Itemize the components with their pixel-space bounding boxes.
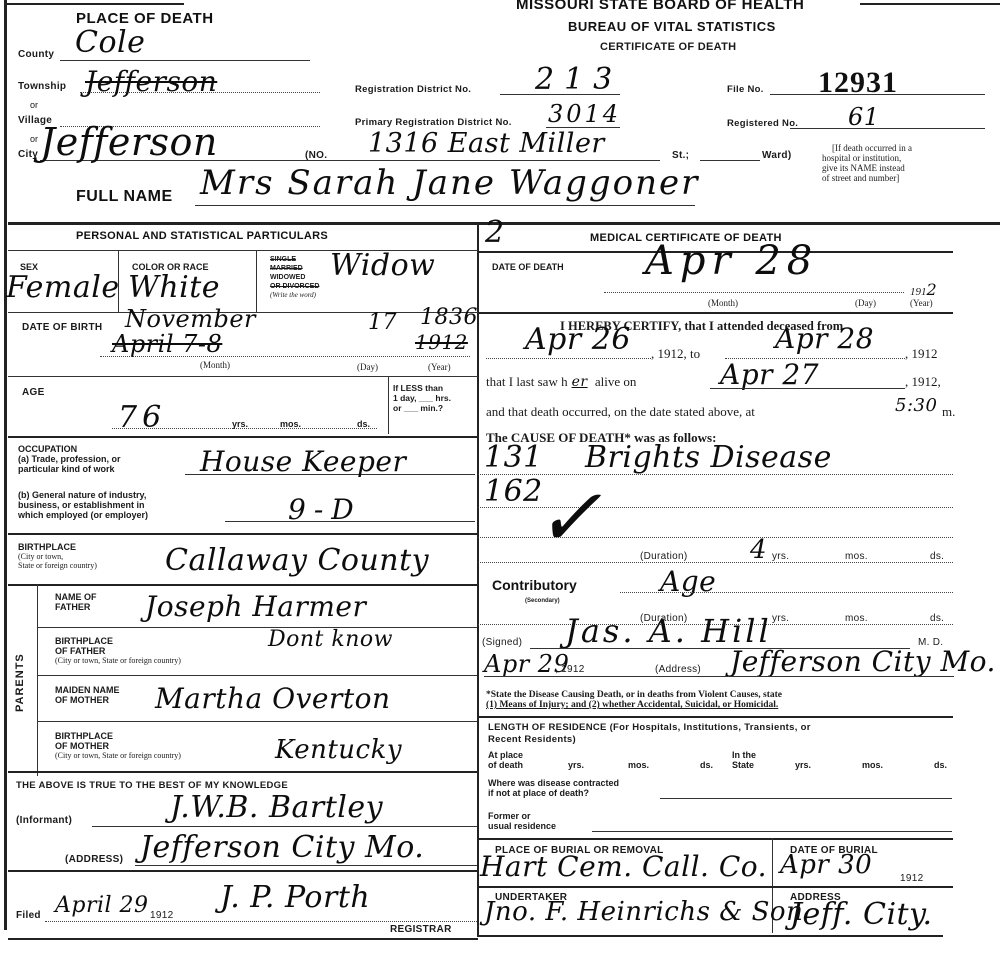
- attend-to: Apr 28: [775, 322, 874, 355]
- death-time-suffix: m.: [942, 404, 955, 420]
- undertaker-address-value: Jeff. City.: [790, 897, 933, 932]
- age-label: AGE: [22, 387, 45, 398]
- undertaker-value: Jno. F. Heinrichs & Son: [484, 897, 803, 927]
- or-label-2: or: [30, 134, 38, 144]
- in-state-mos: mos.: [862, 760, 883, 770]
- city-label: City: [18, 149, 38, 160]
- contributory-label: Contributory: [492, 577, 577, 593]
- age-less-divider: [388, 376, 389, 434]
- duration-mos-2: mos.: [845, 613, 868, 624]
- former-residence-line: [592, 831, 952, 832]
- dod-line: [604, 292, 904, 293]
- registrar-signature: J. P. Porth: [220, 880, 370, 915]
- duration-line-1: [478, 562, 953, 563]
- filed-label: Filed: [16, 910, 41, 921]
- dod-value: Apr 28: [645, 238, 818, 284]
- birthplace-label: BIRTHPLACE (City or town, State or forei…: [18, 542, 97, 570]
- informant-address-value: Jefferson City Mo.: [140, 830, 424, 865]
- bureau-title: BUREAU OF VITAL STATISTICS: [568, 19, 776, 34]
- in-state-ds: ds.: [934, 760, 947, 770]
- year-caption: (Year): [428, 362, 451, 372]
- informant-line: [92, 826, 477, 827]
- mother-birthplace-value: Kentucky: [275, 735, 402, 765]
- occupation-a-label: OCCUPATION (a) Trade, profession, or par…: [18, 444, 121, 474]
- parents-bottom: [8, 771, 478, 773]
- father-name-label: NAME OF FATHER: [55, 592, 97, 612]
- age-yrs: yrs.: [232, 419, 248, 429]
- race-value: White: [128, 270, 220, 305]
- duration-label-1: (Duration): [640, 551, 687, 562]
- burial-date-value: Apr 30: [780, 850, 872, 880]
- last-saw-pronoun: er: [568, 374, 592, 390]
- father-name-bottom: [37, 627, 477, 628]
- marital-value: Widow: [330, 248, 435, 283]
- duration-ds-1: ds.: [930, 551, 944, 562]
- death-time-value: 5:30: [895, 395, 937, 416]
- at-place-ds: ds.: [700, 760, 713, 770]
- birthplace-bottom: [8, 584, 478, 586]
- registration-district-label: Registration District No.: [355, 84, 471, 95]
- physician-address-line: [484, 676, 954, 677]
- at-place-label: At place of death: [488, 750, 523, 770]
- registered-line: [790, 128, 985, 129]
- occupation-b-label: (b) General nature of industry, business…: [18, 490, 148, 520]
- age-mos: mos.: [280, 419, 301, 429]
- cause-line-3: [478, 537, 953, 538]
- footnote-bottom: [478, 716, 953, 718]
- mother-birthplace-label: BIRTHPLACE OF MOTHER (City or town, Stat…: [55, 731, 181, 760]
- contributory-line: [620, 592, 953, 593]
- age-value: 76: [118, 400, 166, 435]
- contracted-label: Where was disease contracted if not at p…: [488, 778, 619, 798]
- registered-no-value: 61: [848, 103, 880, 131]
- county-line: [60, 60, 310, 61]
- dod-month-caption: (Month): [708, 298, 738, 308]
- residence-title: LENGTH OF RESIDENCE (For Hospitals, Inst…: [488, 722, 811, 733]
- dob-line: [100, 356, 470, 357]
- full-name-label: FULL NAME: [76, 188, 173, 206]
- father-birthplace-value: Dont know: [268, 627, 393, 652]
- dob-year-struck: 1912: [415, 330, 468, 354]
- mother-name-bottom: [37, 721, 477, 722]
- day-caption: (Day): [357, 362, 378, 372]
- township-value: Jefferson: [85, 65, 217, 98]
- attend-from-line: [486, 358, 651, 359]
- dob-day-value: 17: [368, 310, 397, 335]
- dob-label: DATE OF BIRTH: [22, 322, 102, 333]
- informant-address-label: (ADDRESS): [65, 854, 123, 865]
- parents-side-divider: [37, 584, 38, 776]
- or-label-1: or: [30, 100, 38, 110]
- duration-yrs-1: yrs.: [772, 551, 789, 562]
- signed-label: (Signed): [482, 637, 522, 648]
- at-place-yrs: yrs.: [568, 760, 584, 770]
- registered-no-label: Registered No.: [727, 118, 798, 129]
- burial-date-year: 1912: [900, 873, 923, 884]
- occupation-a-value: House Keeper: [200, 445, 406, 478]
- informant-bottom: [8, 870, 478, 872]
- physician-checkmark-icon: ✓: [535, 478, 603, 558]
- top-border-right: [860, 3, 1000, 5]
- residence-bottom: [478, 838, 953, 840]
- street-no-label: (NO.: [305, 150, 327, 161]
- dod-bottom: [478, 312, 953, 314]
- township-label: Township: [18, 81, 66, 92]
- document-title: CERTIFICATE OF DEATH: [600, 41, 736, 53]
- cause-code-1: 131: [484, 440, 543, 475]
- dod-year-prefix: 1912: [910, 280, 937, 299]
- attend-from-year: , 1912, to: [651, 346, 700, 362]
- sex-value: Female: [6, 270, 120, 305]
- physician-address-label: (Address): [655, 664, 701, 675]
- full-name-line: [195, 205, 695, 206]
- agency-title: MISSOURI STATE BOARD OF HEALTH: [516, 0, 804, 13]
- parents-side-label: PARENTS: [14, 653, 26, 712]
- duration-ds-2: ds.: [930, 613, 944, 624]
- marital-options: SINGLE MARRIED WIDOWED OR DIVORCED (Writ…: [270, 255, 319, 299]
- less-than-day-box: If LESS than 1 day, ___ hrs. or ___ min.…: [393, 383, 451, 413]
- in-state-yrs: yrs.: [795, 760, 811, 770]
- dod-label: DATE OF DEATH: [492, 262, 564, 272]
- mother-name-value: Martha Overton: [155, 682, 391, 715]
- father-bp-bottom: [37, 675, 477, 676]
- last-saw-line: [710, 388, 905, 389]
- top-border: [4, 3, 184, 5]
- filed-line: [45, 921, 477, 922]
- signed-year: , 1912: [555, 664, 585, 675]
- at-place-mos: mos.: [628, 760, 649, 770]
- filed-year: 1912: [150, 910, 173, 921]
- registrar-label: REGISTRAR: [390, 924, 452, 935]
- informant-address-line: [135, 865, 477, 866]
- full-name-value: Mrs Sarah Jane Waggoner: [200, 163, 699, 203]
- county-value: Cole: [75, 25, 145, 60]
- residence-title-2: Recent Residents): [488, 734, 576, 745]
- month-caption: (Month): [200, 360, 230, 370]
- race-marital-divider: [256, 250, 257, 312]
- street-value: 1316 East Miller: [368, 128, 605, 159]
- duration-yrs-value: 4: [750, 535, 767, 565]
- medical-section-number: 2: [485, 215, 505, 250]
- primary-district-label: Primary Registration District No.: [355, 117, 512, 128]
- mother-name-label: MAIDEN NAME OF MOTHER: [55, 685, 120, 705]
- hospital-note: [If death occurred in a hospital or inst…: [822, 143, 992, 183]
- left-bottom: [8, 938, 478, 940]
- former-residence-label: Former or usual residence: [488, 811, 556, 831]
- occupation-b-value: 9-D: [288, 493, 362, 526]
- registration-district-value: 213: [535, 62, 622, 97]
- cause-code-2: 162: [484, 474, 543, 509]
- father-name-value: Joseph Harmer: [145, 590, 366, 623]
- file-no-value: 12931: [818, 66, 898, 100]
- attend-to-year: , 1912: [905, 346, 938, 362]
- dod-year-caption: (Year): [910, 298, 933, 308]
- burial-place-value: Hart Cem. Call. Co.: [480, 850, 767, 883]
- duration-mos-1: mos.: [845, 551, 868, 562]
- informant-label: (Informant): [16, 815, 72, 826]
- contracted-line: [660, 798, 952, 799]
- informant-value: J.W.B. Bartley: [170, 790, 383, 825]
- left-border: [4, 0, 7, 930]
- physician-address-value: Jefferson City Mo.: [730, 645, 996, 678]
- dob-year-value: 1836: [420, 305, 478, 330]
- dod-day-caption: (Day): [855, 298, 876, 308]
- ward-line: [700, 160, 760, 161]
- file-no-label: File No.: [727, 84, 764, 95]
- father-birthplace-label: BIRTHPLACE OF FATHER (City or town, Stat…: [55, 636, 181, 665]
- occupation-bottom: [8, 533, 478, 535]
- county-label: County: [18, 49, 54, 60]
- primary-district-value: 3014: [548, 100, 621, 128]
- cause-value: Brights Disease: [585, 440, 832, 475]
- age-ds: ds.: [357, 419, 370, 429]
- burial-row-bottom: [478, 886, 953, 888]
- st-label: St.;: [672, 150, 689, 161]
- personal-section-title: PERSONAL AND STATISTICAL PARTICULARS: [76, 230, 328, 242]
- cause-footnote: *State the Disease Causing Death, or in …: [486, 690, 782, 710]
- in-state-label: In the State: [732, 750, 756, 770]
- secondary-label: (Secondary): [525, 596, 560, 606]
- ward-label: Ward): [762, 150, 791, 161]
- attend-from: Apr 26: [525, 322, 631, 357]
- dob-month-struck: April 7-8: [112, 330, 222, 358]
- birthplace-value: Callaway County: [165, 543, 429, 578]
- undertaker-bottom: [478, 935, 943, 937]
- age-row-bottom: [8, 436, 478, 438]
- duration-yrs-2: yrs.: [772, 613, 789, 624]
- death-time-text: and that death occurred, on the date sta…: [486, 404, 755, 420]
- dob-row-bottom: [8, 376, 478, 377]
- last-saw-year: , 1912,: [905, 374, 941, 390]
- last-saw-date: Apr 27: [720, 358, 819, 391]
- contributory-value: Age: [660, 565, 716, 598]
- city-value: Jefferson: [40, 120, 218, 164]
- dob-month-value: November: [125, 305, 256, 333]
- last-saw-text: that I last saw her alive on: [486, 374, 636, 390]
- filed-date: April 29: [55, 893, 149, 918]
